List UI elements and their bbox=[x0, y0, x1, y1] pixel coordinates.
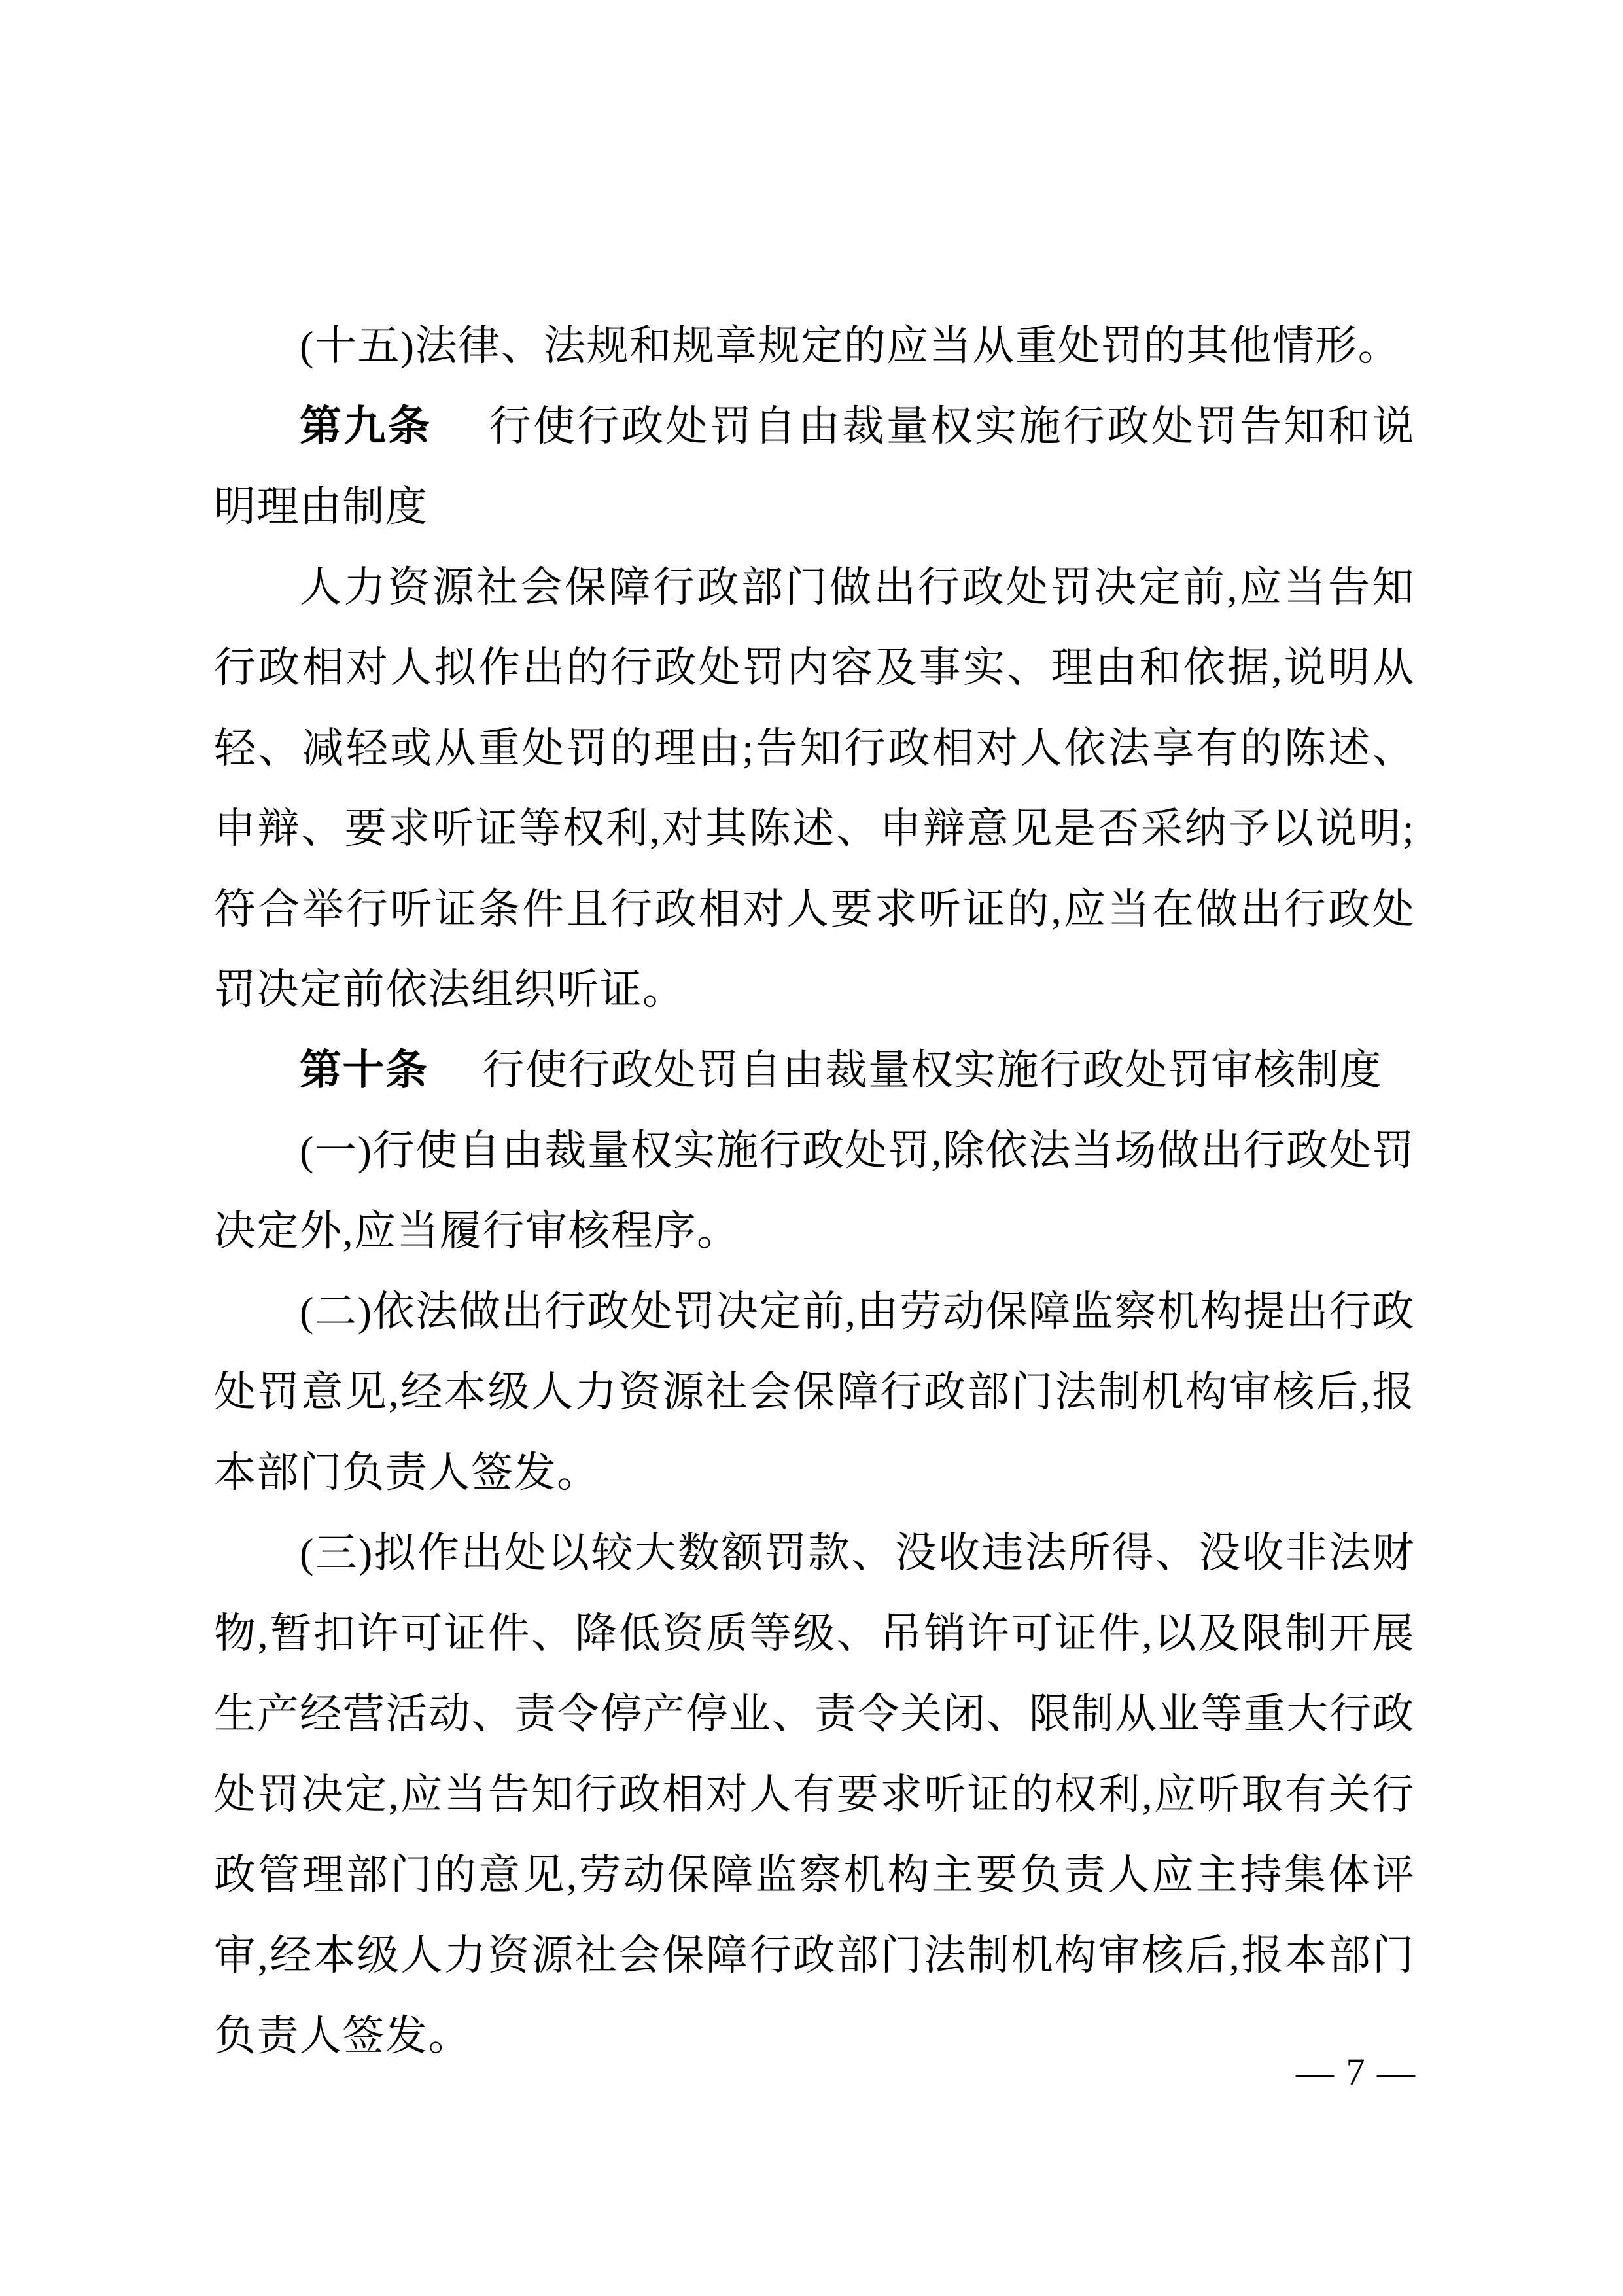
paragraph-text: (一)行使自由裁量权实施行政处罚,除依法当场做出行政处罚决定外,应当履行审核程序… bbox=[214, 1127, 1415, 1254]
document-body: (十五)法律、法规和规章规定的应当从重处罚的其他情形。 第九条 行使行政处罚自由… bbox=[214, 306, 1415, 2076]
document-page: (十五)法律、法规和规章规定的应当从重处罚的其他情形。 第九条 行使行政处罚自由… bbox=[0, 0, 1623, 2296]
paragraph: (二)依法做出行政处罚决定前,由劳动保障监察机构提出行政处罚意见,经本级人力资源… bbox=[214, 1271, 1415, 1513]
page-number: — 7 — bbox=[1296, 2049, 1416, 2095]
paragraph-text: 行使行政处罚自由裁量权实施行政处罚审核制度 bbox=[440, 1047, 1382, 1093]
paragraph-text: (二)依法做出行政处罚决定前,由劳动保障监察机构提出行政处罚意见,经本级人力资源… bbox=[214, 1288, 1415, 1496]
paragraph: 第九条 行使行政处罚自由裁量权实施行政处罚告知和说明理由制度 bbox=[214, 386, 1415, 547]
paragraph-text: 人力资源社会保障行政部门做出行政处罚决定前,应当告知行政相对人拟作出的行政处罚内… bbox=[214, 564, 1415, 1013]
paragraph-list: (十五)法律、法规和规章规定的应当从重处罚的其他情形。 第九条 行使行政处罚自由… bbox=[214, 306, 1415, 2076]
article-number: 第九条 bbox=[300, 402, 432, 450]
paragraph: 第十条 行使行政处罚自由裁量权实施行政处罚审核制度 bbox=[214, 1030, 1415, 1110]
article-number: 第十条 bbox=[300, 1046, 428, 1093]
paragraph: (一)行使自由裁量权实施行政处罚,除依法当场做出行政处罚决定外,应当履行审核程序… bbox=[214, 1110, 1415, 1271]
paragraph-text: (十五)法律、法规和规章规定的应当从重处罚的其他情形。 bbox=[300, 323, 1401, 369]
paragraph: 人力资源社会保障行政部门做出行政处罚决定前,应当告知行政相对人拟作出的行政处罚内… bbox=[214, 547, 1415, 1030]
paragraph: (十五)法律、法规和规章规定的应当从重处罚的其他情形。 bbox=[214, 306, 1415, 386]
paragraph-text: (三)拟作出处以较大数额罚款、没收违法所得、没收非法财物,暂扣许可证件、降低资质… bbox=[214, 1530, 1415, 2059]
paragraph: (三)拟作出处以较大数额罚款、没收违法所得、没收非法财物,暂扣许可证件、降低资质… bbox=[214, 1513, 1415, 2076]
